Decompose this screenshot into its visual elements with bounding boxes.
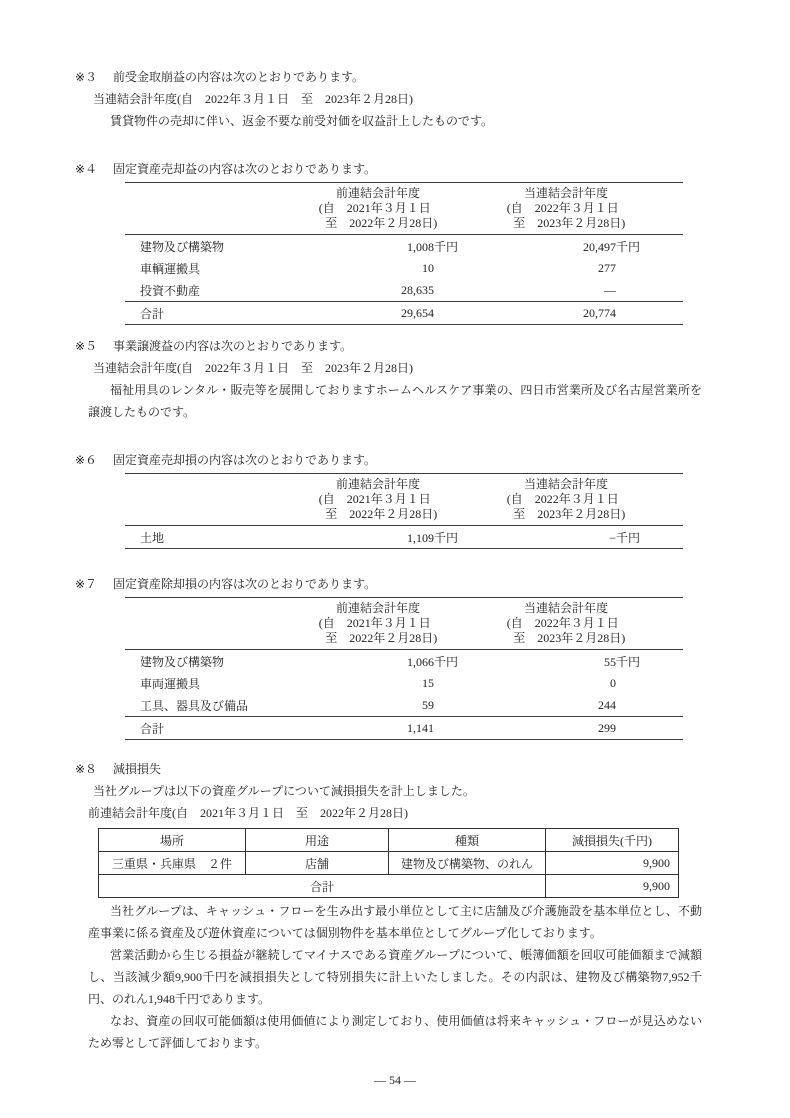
note8-paragraph: 当社グループは、キャッシュ・フローを生み出す最小単位として主に店舗及び介護施設を…	[88, 900, 702, 944]
note-6: ※６ 固定資産売却損の内容は次のとおりであります。 前連結会計年度 (自 202…	[75, 449, 702, 549]
curr-value: —	[489, 279, 683, 302]
table-row: 車輌運搬具 10 277	[125, 257, 683, 279]
note7-marker: ※７	[75, 573, 113, 595]
note4-table: 前連結会計年度 (自 2021年３月１日至 2022年２月28日) 当連結会計年…	[125, 182, 683, 325]
prev-total: 1,141	[295, 717, 489, 740]
table-row: 土地 1,109千円 −千円	[125, 526, 683, 549]
prev-total: 29,654	[295, 302, 489, 325]
note-3: ※３ 前受金取崩益の内容は次のとおりであります。 当連結会計年度(自 2022年…	[75, 66, 702, 132]
curr-total: 20,774	[489, 302, 683, 325]
curr-value: 0	[489, 672, 683, 694]
curr-fy-header: 当連結会計年度 (自 2022年３月１日至 2023年２月28日)	[489, 598, 683, 650]
row-label: 建物及び構築物	[125, 650, 295, 673]
col-header-type: 種類	[389, 829, 546, 852]
curr-value: 55千円	[489, 650, 683, 673]
note4-title: 固定資産売却益の内容は次のとおりであります。	[113, 158, 376, 180]
row-label: 土地	[125, 526, 295, 549]
note4-marker: ※４	[75, 158, 113, 180]
note8-marker: ※８	[75, 758, 113, 780]
table-row: 建物及び構築物 1,008千円 20,497千円	[125, 235, 683, 258]
curr-total: 299	[489, 717, 683, 740]
table-row: 投資不動産 28,635 —	[125, 279, 683, 302]
note5-period: 当連結会計年度(自 2022年３月１日 至 2023年２月28日)	[93, 357, 702, 379]
curr-value: −千円	[489, 526, 683, 549]
location-cell: 三重県・兵庫県 ２件	[99, 852, 246, 875]
note8-intro: 当社グループは以下の資産グループについて減損損失を計上しました。	[93, 780, 702, 802]
total-label: 合計	[125, 717, 295, 740]
note-5: ※５ 事業譲渡益の内容は次のとおりであります。 当連結会計年度(自 2022年３…	[75, 335, 702, 423]
prev-value: 28,635	[295, 279, 489, 302]
note3-marker: ※３	[75, 66, 113, 88]
note6-table: 前連結会計年度 (自 2021年３月１日至 2022年２月28日) 当連結会計年…	[125, 473, 683, 549]
impairment-table: 場所 用途 種類 減損損失(千円) 三重県・兵庫県 ２件 店舗 建物及び構築物、…	[98, 828, 679, 898]
total-amount: 9,900	[546, 875, 679, 898]
prev-fy-header: 前連結会計年度 (自 2021年３月１日至 2022年２月28日)	[295, 183, 489, 235]
document-page: ※３ 前受金取崩益の内容は次のとおりであります。 当連結会計年度(自 2022年…	[0, 0, 790, 1118]
page-number: — 54 —	[0, 1073, 790, 1088]
empty-header-cell	[125, 183, 295, 235]
col-header-use: 用途	[246, 829, 389, 852]
curr-value: 20,497千円	[489, 235, 683, 258]
curr-value: 277	[489, 257, 683, 279]
prev-value: 1,109千円	[295, 526, 489, 549]
table-total-row: 合計 29,654 20,774	[125, 302, 683, 325]
row-label: 車輌運搬具	[125, 257, 295, 279]
use-cell: 店舗	[246, 852, 389, 875]
note7-title: 固定資産除却損の内容は次のとおりであります。	[113, 573, 376, 595]
total-label: 合計	[125, 302, 295, 325]
row-label: 投資不動産	[125, 279, 295, 302]
note8-paragraph: なお、資産の回収可能価額は使用価値により測定しており、使用価値は将来キャッシュ・…	[88, 1010, 702, 1054]
prev-value: 10	[295, 257, 489, 279]
note6-title: 固定資産売却損の内容は次のとおりであります。	[113, 449, 376, 471]
note7-table-header-row: 前連結会計年度 (自 2021年３月１日至 2022年２月28日) 当連結会計年…	[125, 598, 683, 650]
note8-paragraph: 営業活動から生じる損益が継続してマイナスである資産グループについて、帳簿価額を回…	[88, 944, 702, 1010]
col-header-location: 場所	[99, 829, 246, 852]
amount-cell: 9,900	[546, 852, 679, 875]
note7-table: 前連結会計年度 (自 2021年３月１日至 2022年２月28日) 当連結会計年…	[125, 597, 683, 740]
impairment-table-header-row: 場所 用途 種類 減損損失(千円)	[99, 829, 679, 852]
table-total-row: 合計 9,900	[99, 875, 679, 898]
note8-title: 減損損失	[113, 758, 161, 780]
table-row: 建物及び構築物 1,066千円 55千円	[125, 650, 683, 673]
row-label: 工具、器具及び備品	[125, 694, 295, 717]
curr-value: 244	[489, 694, 683, 717]
table-total-row: 合計 1,141 299	[125, 717, 683, 740]
note8-period: 前連結会計年度(自 2021年３月１日 至 2022年２月28日)	[88, 802, 702, 824]
table-row: 車両運搬具 15 0	[125, 672, 683, 694]
type-cell: 建物及び構築物、のれん	[389, 852, 546, 875]
table-row: 三重県・兵庫県 ２件 店舗 建物及び構築物、のれん 9,900	[99, 852, 679, 875]
prev-value: 59	[295, 694, 489, 717]
note3-title: 前受金取崩益の内容は次のとおりであります。	[113, 66, 364, 88]
note6-marker: ※６	[75, 449, 113, 471]
note3-body: 賃貸物件の売却に伴い、返金不要な前受対価を収益計上したものです。	[88, 110, 702, 132]
prev-value: 1,008千円	[295, 235, 489, 258]
note-4: ※４ 固定資産売却益の内容は次のとおりであります。 前連結会計年度 (自 202…	[75, 158, 702, 325]
total-label: 合計	[99, 875, 546, 898]
note-8: ※８ 減損損失 当社グループは以下の資産グループについて減損損失を計上しました。…	[75, 758, 702, 1054]
prev-fy-header: 前連結会計年度 (自 2021年３月１日至 2022年２月28日)	[295, 598, 489, 650]
prev-value: 1,066千円	[295, 650, 489, 673]
empty-header-cell	[125, 474, 295, 526]
note3-period: 当連結会計年度(自 2022年３月１日 至 2023年２月28日)	[93, 88, 702, 110]
row-label: 建物及び構築物	[125, 235, 295, 258]
curr-fy-header: 当連結会計年度 (自 2022年３月１日至 2023年２月28日)	[489, 474, 683, 526]
prev-value: 15	[295, 672, 489, 694]
note5-title: 事業譲渡益の内容は次のとおりであります。	[113, 335, 352, 357]
note5-body: 福祉用具のレンタル・販売等を展開しておりますホームヘルスケア事業の、四日市営業所…	[88, 379, 702, 423]
curr-fy-header: 当連結会計年度 (自 2022年３月１日至 2023年２月28日)	[489, 183, 683, 235]
note5-marker: ※５	[75, 335, 113, 357]
note-7: ※７ 固定資産除却損の内容は次のとおりであります。 前連結会計年度 (自 202…	[75, 573, 702, 740]
table-row: 工具、器具及び備品 59 244	[125, 694, 683, 717]
empty-header-cell	[125, 598, 295, 650]
row-label: 車両運搬具	[125, 672, 295, 694]
note4-table-header-row: 前連結会計年度 (自 2021年３月１日至 2022年２月28日) 当連結会計年…	[125, 183, 683, 235]
prev-fy-header: 前連結会計年度 (自 2021年３月１日至 2022年２月28日)	[295, 474, 489, 526]
note6-table-header-row: 前連結会計年度 (自 2021年３月１日至 2022年２月28日) 当連結会計年…	[125, 474, 683, 526]
col-header-amount: 減損損失(千円)	[546, 829, 679, 852]
